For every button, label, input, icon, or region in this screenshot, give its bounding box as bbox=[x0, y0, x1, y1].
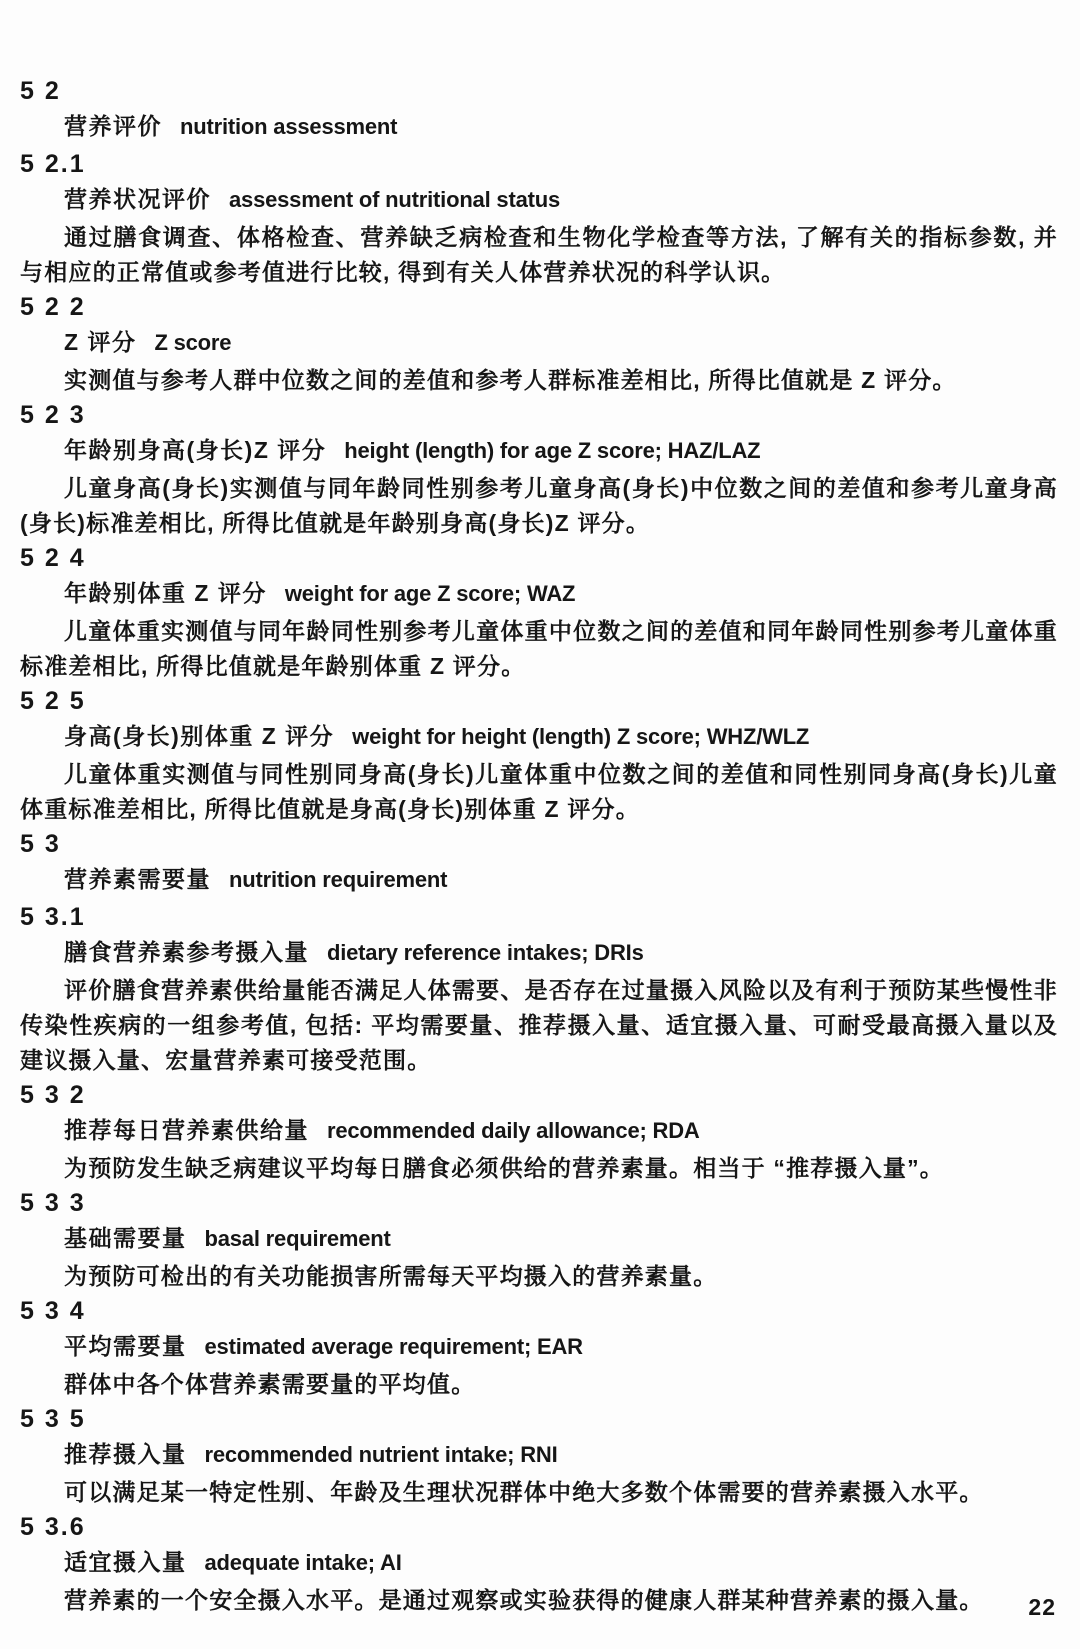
term-english: weight for height (length) Z score; WHZ/… bbox=[352, 724, 809, 749]
term-english: assessment of nutritional status bbox=[229, 187, 560, 212]
term-line: 年龄别体重 Z 评分weight for age Z score; WAZ bbox=[20, 576, 1058, 614]
document-page: 5 2 营养评价nutrition assessment 5 2.1 营养状况评… bbox=[0, 0, 1080, 1649]
term-definition: 儿童身高(身长)实测值与同年龄同性别参考儿童身高(身长)中位数之间的差值和参考儿… bbox=[20, 471, 1058, 541]
term-entry: 5 3 营养素需要量nutrition requirement bbox=[20, 827, 1058, 900]
term-line: 基础需要量basal requirement bbox=[20, 1221, 1058, 1259]
term-english: Z score bbox=[154, 330, 231, 355]
term-chinese: 身高(身长)别体重 Z 评分 bbox=[64, 723, 334, 749]
term-english: nutrition requirement bbox=[229, 867, 447, 892]
term-definition: 通过膳食调查、体格检查、营养缺乏病检查和生物化学检查等方法, 了解有关的指标参数… bbox=[20, 220, 1058, 290]
term-definition: 评价膳食营养素供给量能否满足人体需要、是否存在过量摄入风险以及有利于预防某些慢性… bbox=[20, 973, 1058, 1078]
term-english: weight for age Z score; WAZ bbox=[285, 581, 575, 606]
term-entry: 5 2 5 身高(身长)别体重 Z 评分weight for height (l… bbox=[20, 684, 1058, 827]
term-english: recommended nutrient intake; RNI bbox=[205, 1442, 558, 1467]
term-entry: 5 2 营养评价nutrition assessment bbox=[20, 74, 1058, 147]
term-line: 推荐每日营养素供给量recommended daily allowance; R… bbox=[20, 1113, 1058, 1151]
term-english: basal requirement bbox=[205, 1226, 391, 1251]
term-entry: 5 3 2 推荐每日营养素供给量recommended daily allowa… bbox=[20, 1078, 1058, 1186]
term-definition: 营养素的一个安全摄入水平。是通过观察或实验获得的健康人群某种营养素的摄入量。 bbox=[20, 1583, 1058, 1618]
term-line: 平均需要量estimated average requirement; EAR bbox=[20, 1329, 1058, 1367]
term-line: 膳食营养素参考摄入量dietary reference intakes; DRI… bbox=[20, 935, 1058, 973]
terminology-section-list: 5 2 营养评价nutrition assessment 5 2.1 营养状况评… bbox=[20, 74, 1058, 1618]
term-entry: 5 3 3 基础需要量basal requirement 为预防可检出的有关功能… bbox=[20, 1186, 1058, 1294]
section-number: 5 3.6 bbox=[20, 1510, 1058, 1545]
term-definition: 儿童体重实测值与同性别同身高(身长)儿童体重中位数之间的差值和同性别同身高(身长… bbox=[20, 757, 1058, 827]
term-line: 推荐摄入量recommended nutrient intake; RNI bbox=[20, 1437, 1058, 1475]
term-english: recommended daily allowance; RDA bbox=[327, 1118, 700, 1143]
term-definition: 为预防可检出的有关功能损害所需每天平均摄入的营养素量。 bbox=[20, 1259, 1058, 1294]
page-number: 22 bbox=[1028, 1594, 1056, 1621]
term-line: 营养素需要量nutrition requirement bbox=[20, 862, 1058, 900]
term-line: 身高(身长)别体重 Z 评分weight for height (length)… bbox=[20, 719, 1058, 757]
term-definition: 为预防发生缺乏病建议平均每日膳食必须供给的营养素量。相当于 “推荐摄入量”。 bbox=[20, 1151, 1058, 1186]
term-chinese: 膳食营养素参考摄入量 bbox=[64, 939, 309, 965]
section-number: 5 2.1 bbox=[20, 147, 1058, 182]
section-number: 5 3 bbox=[20, 827, 1058, 862]
term-entry: 5 3 4 平均需要量estimated average requirement… bbox=[20, 1294, 1058, 1402]
term-english: height (length) for age Z score; HAZ/LAZ bbox=[344, 438, 760, 463]
term-definition: 群体中各个体营养素需要量的平均值。 bbox=[20, 1367, 1058, 1402]
section-number: 5 2 bbox=[20, 74, 1058, 109]
term-chinese: 年龄别身高(身长)Z 评分 bbox=[64, 437, 326, 463]
section-number: 5 2 3 bbox=[20, 398, 1058, 433]
term-line: Z 评分Z score bbox=[20, 325, 1058, 363]
section-number: 5 2 4 bbox=[20, 541, 1058, 576]
section-number: 5 2 2 bbox=[20, 290, 1058, 325]
term-entry: 5 3 5 推荐摄入量recommended nutrient intake; … bbox=[20, 1402, 1058, 1510]
section-number: 5 3 4 bbox=[20, 1294, 1058, 1329]
term-entry: 5 2 2 Z 评分Z score 实测值与参考人群中位数之间的差值和参考人群标… bbox=[20, 290, 1058, 398]
term-definition: 实测值与参考人群中位数之间的差值和参考人群标准差相比, 所得比值就是 Z 评分。 bbox=[20, 363, 1058, 398]
term-english: dietary reference intakes; DRIs bbox=[327, 940, 644, 965]
term-entry: 5 2.1 营养状况评价assessment of nutritional st… bbox=[20, 147, 1058, 290]
term-english: nutrition assessment bbox=[180, 114, 397, 139]
term-chinese: 平均需要量 bbox=[64, 1333, 187, 1359]
section-number: 5 2 5 bbox=[20, 684, 1058, 719]
term-english: estimated average requirement; EAR bbox=[205, 1334, 583, 1359]
term-chinese: 年龄别体重 Z 评分 bbox=[64, 580, 267, 606]
term-chinese: 营养评价 bbox=[64, 113, 162, 139]
term-chinese: 营养状况评价 bbox=[64, 186, 211, 212]
term-line: 适宜摄入量adequate intake; AI bbox=[20, 1545, 1058, 1583]
term-line: 营养评价nutrition assessment bbox=[20, 109, 1058, 147]
term-line: 年龄别身高(身长)Z 评分height (length) for age Z s… bbox=[20, 433, 1058, 471]
term-chinese: 推荐摄入量 bbox=[64, 1441, 187, 1467]
term-entry: 5 2 3 年龄别身高(身长)Z 评分height (length) for a… bbox=[20, 398, 1058, 541]
section-number: 5 3 5 bbox=[20, 1402, 1058, 1437]
term-entry: 5 3.1 膳食营养素参考摄入量dietary reference intake… bbox=[20, 900, 1058, 1078]
section-number: 5 3.1 bbox=[20, 900, 1058, 935]
term-chinese: 适宜摄入量 bbox=[64, 1549, 187, 1575]
section-number: 5 3 2 bbox=[20, 1078, 1058, 1113]
term-entry: 5 3.6 适宜摄入量adequate intake; AI 营养素的一个安全摄… bbox=[20, 1510, 1058, 1618]
term-chinese: 基础需要量 bbox=[64, 1225, 187, 1251]
term-entry: 5 2 4 年龄别体重 Z 评分weight for age Z score; … bbox=[20, 541, 1058, 684]
term-english: adequate intake; AI bbox=[205, 1550, 402, 1575]
term-definition: 可以满足某一特定性别、年龄及生理状况群体中绝大多数个体需要的营养素摄入水平。 bbox=[20, 1475, 1058, 1510]
term-line: 营养状况评价assessment of nutritional status bbox=[20, 182, 1058, 220]
term-chinese: 营养素需要量 bbox=[64, 866, 211, 892]
term-definition: 儿童体重实测值与同年龄同性别参考儿童体重中位数之间的差值和同年龄同性别参考儿童体… bbox=[20, 614, 1058, 684]
term-chinese: 推荐每日营养素供给量 bbox=[64, 1117, 309, 1143]
section-number: 5 3 3 bbox=[20, 1186, 1058, 1221]
term-chinese: Z 评分 bbox=[64, 329, 136, 355]
